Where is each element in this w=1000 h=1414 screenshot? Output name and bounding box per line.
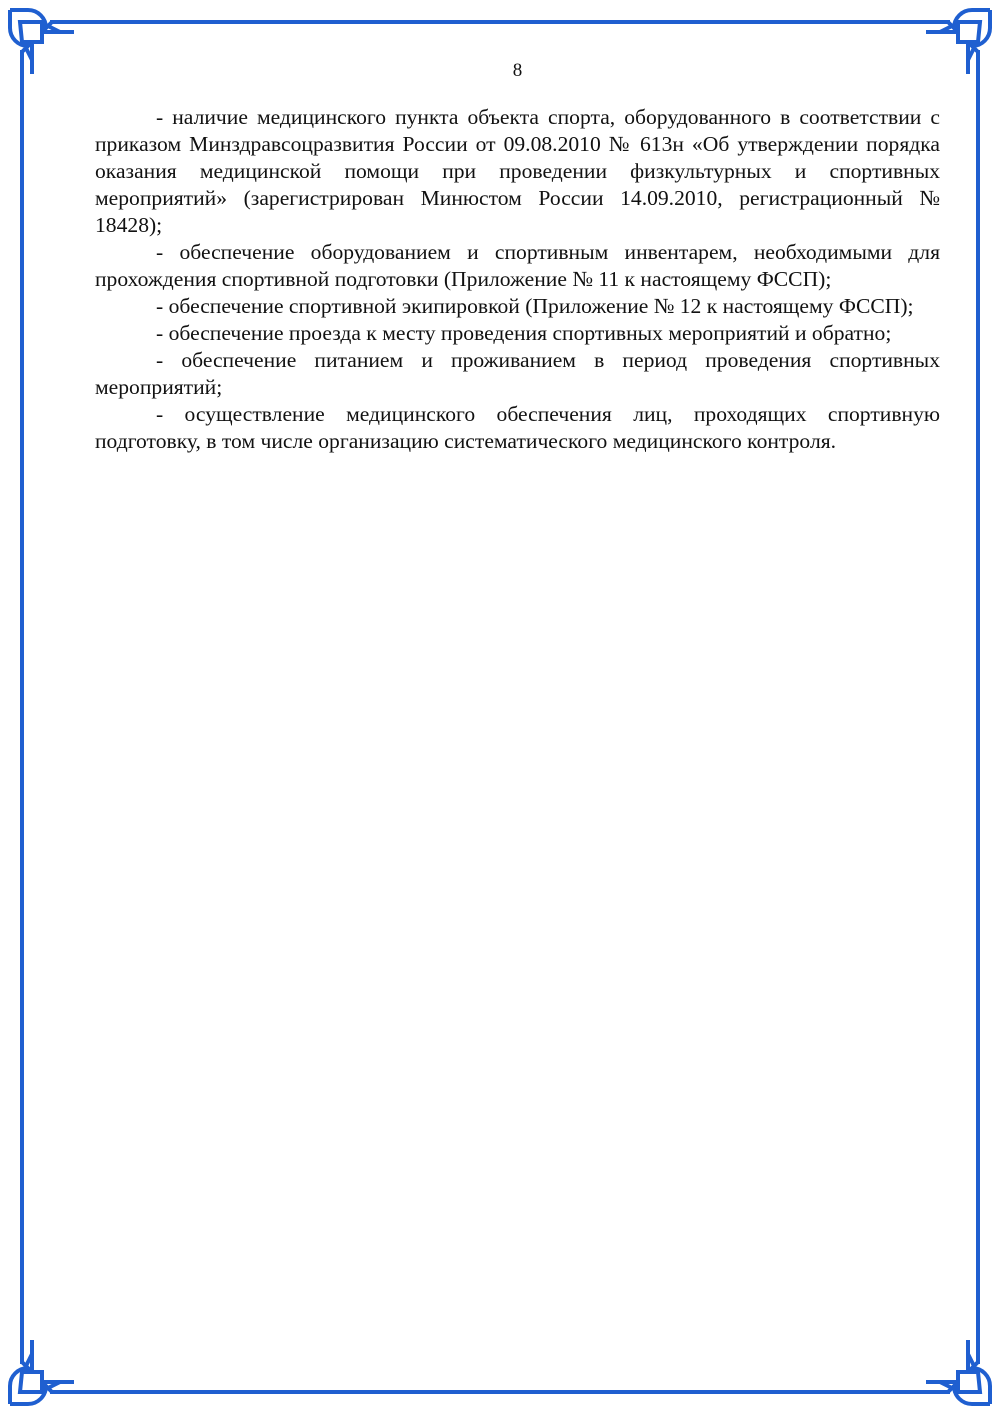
paragraph-sports-gear: - обеспечение спортивной экипировкой (Пр…	[95, 293, 940, 320]
document-body: - наличие медицинского пункта объекта сп…	[95, 104, 940, 455]
paragraph-meals-lodging: - обеспечение питанием и проживанием в п…	[95, 347, 940, 401]
paragraph-travel: - обеспечение проезда к месту проведения…	[95, 320, 940, 347]
paragraph-equipment: - обеспечение оборудованием и спортивным…	[95, 239, 940, 293]
paragraph-medical-support: - осуществление медицинского обеспечения…	[95, 401, 940, 455]
page-number: 8	[0, 60, 1000, 82]
paragraph-medical-point: - наличие медицинского пункта объекта сп…	[95, 104, 940, 239]
